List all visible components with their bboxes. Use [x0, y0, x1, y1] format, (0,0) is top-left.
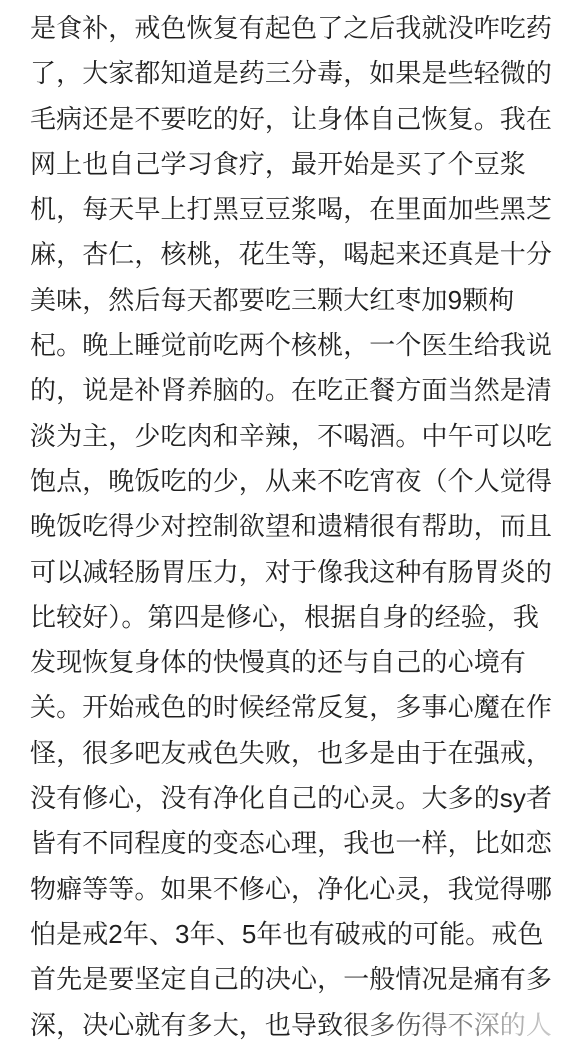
body-text: 是食补，戒色恢复有起色了之后我就没咋吃药 了，大家都知道是药三分毒，如果是些轻微… — [30, 6, 558, 1042]
text-line: 物癖等等。如果不修心，净化心灵，我觉得哪 — [30, 867, 558, 912]
text-line: 毛病还是不要吃的好，让身体自己恢复。我在 — [30, 97, 558, 142]
text-line: 了，大家都知道是药三分毒，如果是些轻微的 — [30, 51, 558, 96]
text-line: 没有修心，没有净化自己的心灵。大多的sy者 — [30, 776, 558, 821]
text-line: 美味，然后每天都要吃三颗大红枣加9颗枸 — [30, 278, 558, 323]
text-line: 首先是要坚定自己的决心，一般情况是痛有多 — [30, 957, 558, 1002]
text-line: 机，每天早上打黑豆豆浆喝，在里面加些黑芝 — [30, 187, 558, 232]
text-line: 关。开始戒色的时候经常反复，多事心魔在作 — [30, 685, 558, 730]
text-line: 淡为主，少吃肉和辛辣，不喝酒。中午可以吃 — [30, 414, 558, 459]
text-line: 可以减轻肠胃压力，对于像我这种有肠胃炎的 — [30, 550, 558, 595]
text-line: 是食补，戒色恢复有起色了之后我就没咋吃药 — [30, 6, 558, 51]
text-line: 网上也自己学习食疗，最开始是买了个豆浆 — [30, 142, 558, 187]
text-line: 比较好）。第四是修心，根据自身的经验，我 — [30, 595, 558, 640]
text-line: 晚饭吃得少对控制欲望和遗精很有帮助，而且 — [30, 504, 558, 549]
text-line: 麻，杏仁，核桃，花生等，喝起来还真是十分 — [30, 232, 558, 277]
text-line: 的，说是补肾养脑的。在吃正餐方面当然是清 — [30, 368, 558, 413]
text-line: 深，决心就有多大，也导致很多伤得不深的人 — [30, 1003, 558, 1042]
text-line: 发现恢复身体的快慢真的还与自己的心境有 — [30, 640, 558, 685]
text-line: 怪，很多吧友戒色失败，也多是由于在强戒， — [30, 731, 558, 776]
text-line: 皆有不同程度的变态心理，我也一样，比如恋 — [30, 821, 558, 866]
text-line: 饱点，晚饭吃的少，从来不吃宵夜（个人觉得 — [30, 459, 558, 504]
text-document-page: 是食补，戒色恢复有起色了之后我就没咋吃药 了，大家都知道是药三分毒，如果是些轻微… — [0, 0, 580, 1042]
text-line: 怕是戒2年、3年、5年也有破戒的可能。戒色 — [30, 912, 558, 957]
text-line: 杞。晚上睡觉前吃两个核桃，一个医生给我说 — [30, 323, 558, 368]
